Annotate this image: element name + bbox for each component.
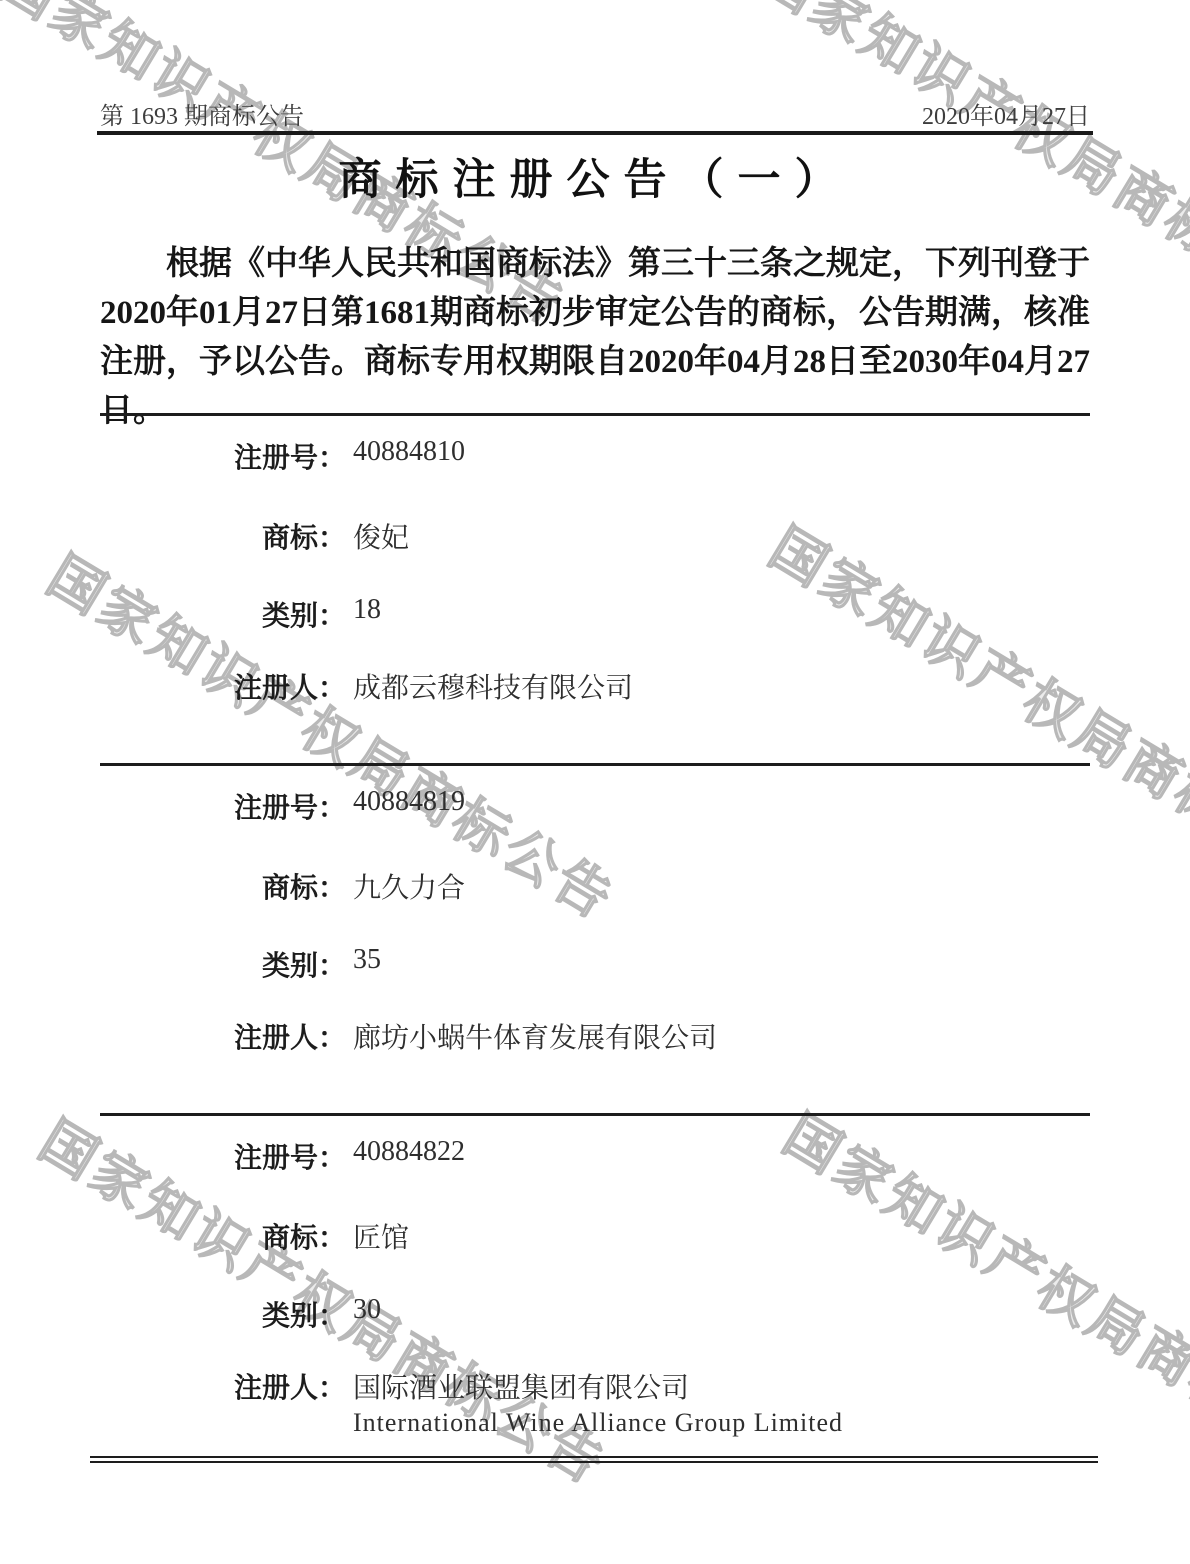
category-row: 类别： 18 — [100, 594, 1090, 634]
reg-no-row: 注册号： 40884810 — [100, 436, 1090, 476]
category-row: 类别： 30 — [100, 1294, 1090, 1334]
registrant-label: 注册人： — [100, 1366, 346, 1406]
bottom-rule — [90, 1456, 1098, 1463]
registrant-en-value: International Wine Alliance Group Limite… — [353, 1408, 843, 1438]
issue-date: 2020年04月27日 — [922, 96, 1090, 131]
reg-no-value: 40884819 — [353, 786, 465, 818]
registrant-row: 注册人： 国际酒业联盟集团有限公司 — [100, 1366, 1090, 1406]
issue-number: 第 1693 期商标公告 — [100, 96, 304, 131]
trademark-label: 商标： — [100, 866, 346, 906]
gazette-page: 国家知识产权局商标公告 国家知识产权局商标公告 国家知识产权局商标公告 国家知识… — [0, 0, 1190, 1564]
trademark-row: 商标： 九久力合 — [100, 866, 1090, 906]
category-value: 30 — [353, 1294, 381, 1326]
registrant-row: 注册人： 廊坊小蜗牛体育发展有限公司 — [100, 1016, 1090, 1056]
category-label: 类别： — [100, 944, 346, 984]
registrant-row: 注册人： 成都云穆科技有限公司 — [100, 666, 1090, 706]
registrant-label: 注册人： — [100, 666, 346, 706]
category-label: 类别： — [100, 1294, 346, 1334]
trademark-entry: 注册号： 40884822 商标： 匠馆 类别： 30 注册人： 国际酒业联盟集… — [100, 1113, 1090, 1466]
reg-no-label: 注册号： — [100, 1136, 346, 1176]
reg-no-label: 注册号： — [100, 436, 346, 476]
trademark-label: 商标： — [100, 1216, 346, 1256]
reg-no-label: 注册号： — [100, 786, 346, 826]
intro-paragraph: 根据《中华人民共和国商标法》第三十三条之规定，下列刊登于2020年01月27日第… — [100, 240, 1090, 436]
trademark-row: 商标： 俊妃 — [100, 516, 1090, 556]
category-row: 类别： 35 — [100, 944, 1090, 984]
header-rule — [97, 131, 1093, 135]
trademark-label: 商标： — [100, 516, 346, 556]
registrant-value: 成都云穆科技有限公司 — [353, 666, 633, 706]
registrant-value: 国际酒业联盟集团有限公司 — [353, 1366, 689, 1406]
category-value: 35 — [353, 944, 381, 976]
registrant-en-row: International Wine Alliance Group Limite… — [100, 1408, 1090, 1448]
trademark-value: 九久力合 — [353, 866, 465, 906]
category-label: 类别： — [100, 594, 346, 634]
trademark-value: 俊妃 — [353, 516, 409, 556]
trademark-row: 商标： 匠馆 — [100, 1216, 1090, 1256]
trademark-entry: 注册号： 40884819 商标： 九久力合 类别： 35 注册人： 廊坊小蜗牛… — [100, 763, 1090, 1116]
category-value: 18 — [353, 594, 381, 626]
reg-no-row: 注册号： 40884819 — [100, 786, 1090, 826]
reg-no-value: 40884822 — [353, 1136, 465, 1168]
reg-no-value: 40884810 — [353, 436, 465, 468]
reg-no-row: 注册号： 40884822 — [100, 1136, 1090, 1176]
page-title: 商标注册公告（一） — [0, 146, 1190, 207]
trademark-entry: 注册号： 40884810 商标： 俊妃 类别： 18 注册人： 成都云穆科技有… — [100, 413, 1090, 766]
trademark-value: 匠馆 — [353, 1216, 409, 1256]
registrant-value: 廊坊小蜗牛体育发展有限公司 — [353, 1016, 717, 1056]
registrant-label: 注册人： — [100, 1016, 346, 1056]
